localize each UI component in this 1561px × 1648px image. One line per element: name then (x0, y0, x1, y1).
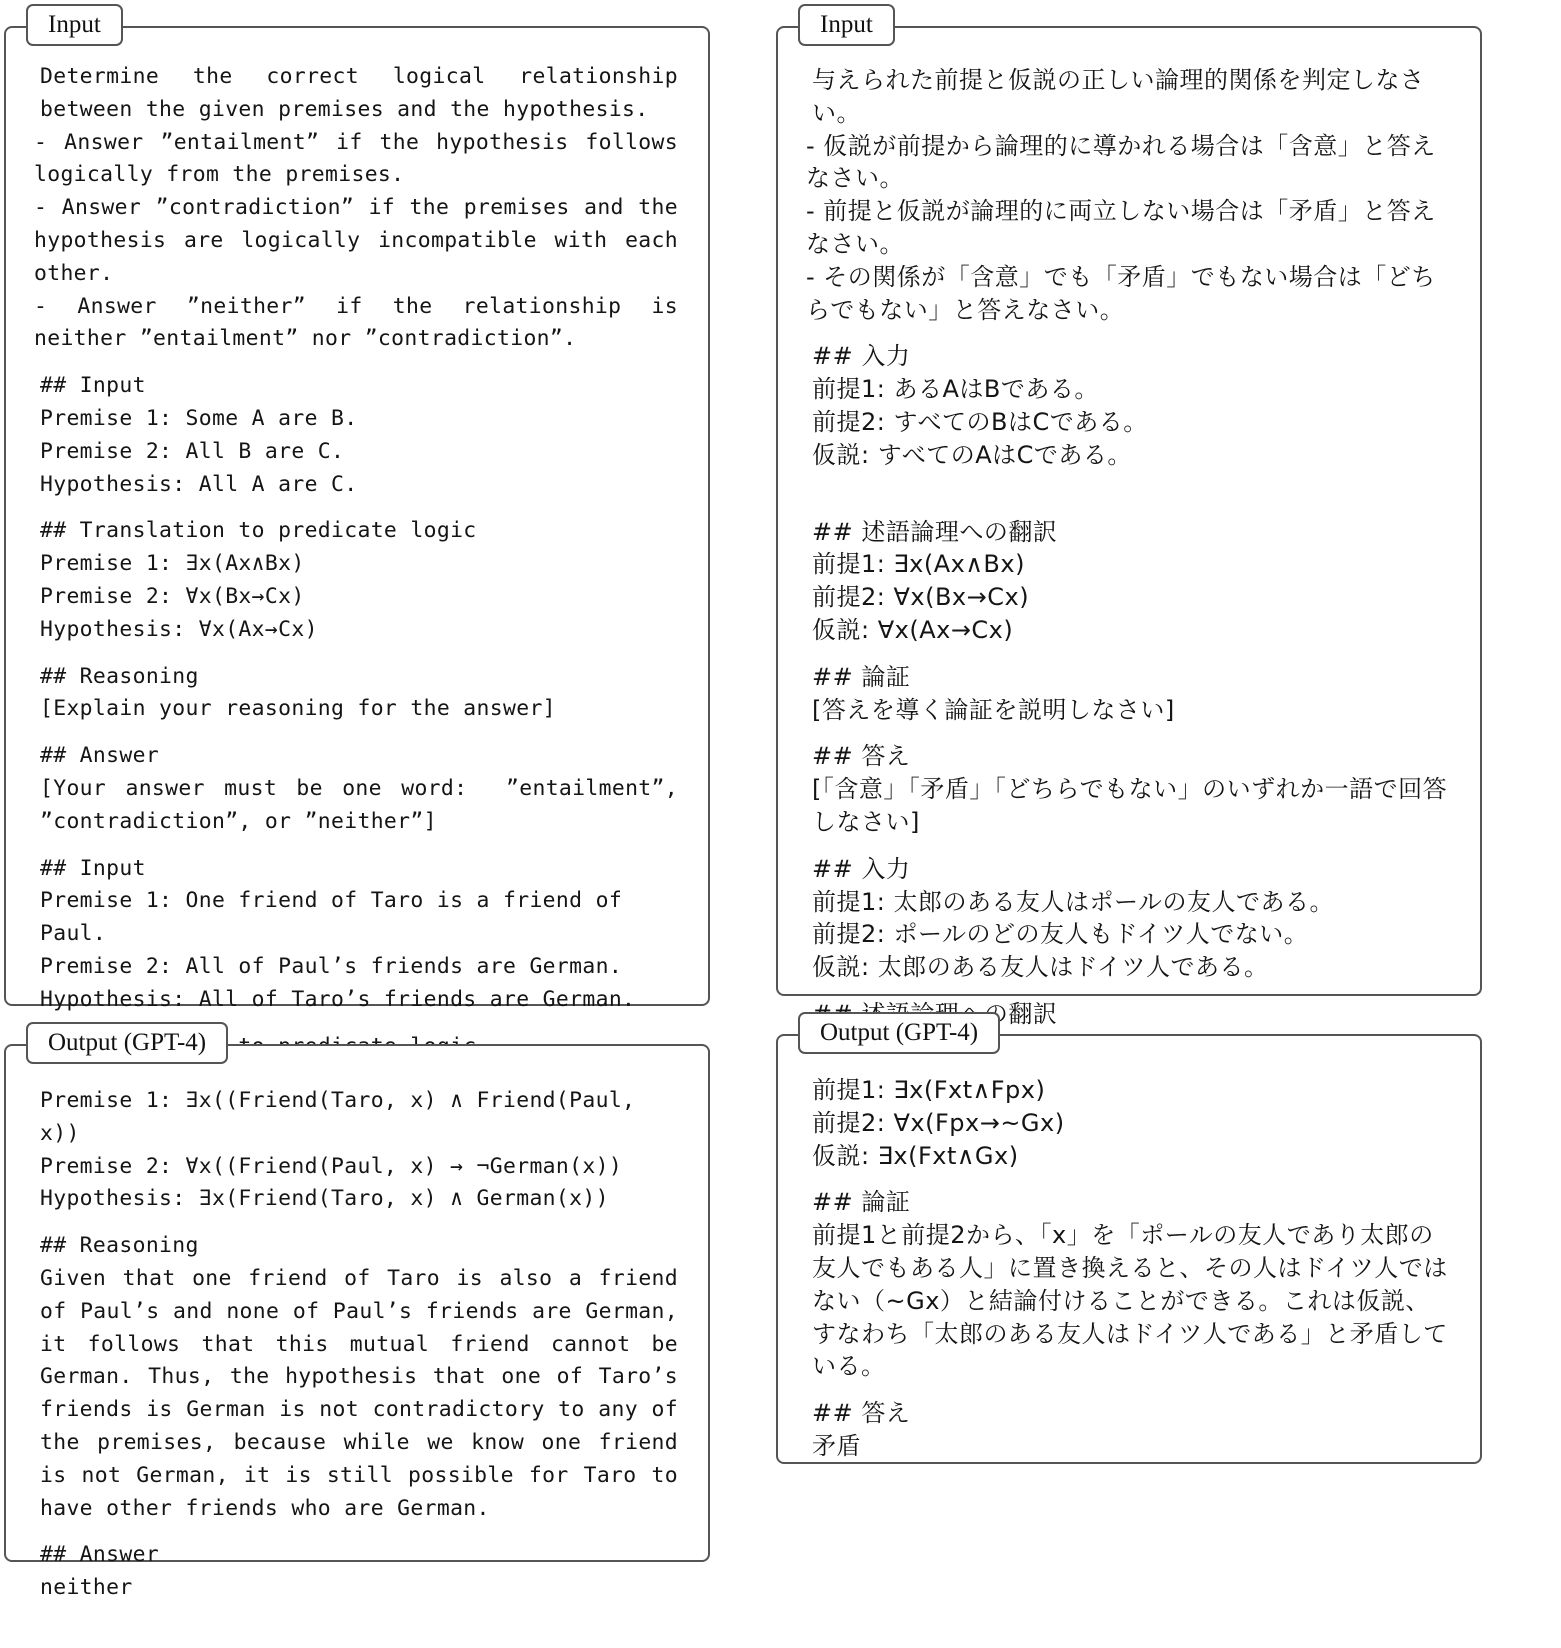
instruction-intro: Determine the correct logical relationsh… (40, 61, 678, 127)
hypothesis-line: 仮説: 太郎のある友人はドイツ人である。 (812, 951, 1450, 984)
section-heading: ## 論証 (812, 661, 1450, 694)
answer-placeholder: [「含意」「矛盾」「どちらでもない」のいずれか一語で回答しなさい] (812, 773, 1450, 839)
left-input-panel: Input Determine the correct logical rela… (4, 26, 710, 1006)
instruction-bullet: - 前提と仮説が論理的に両立しない場合は「矛盾」と答えなさい。 (806, 195, 1450, 261)
output-reasoning-block: ## Reasoning Given that one friend of Ta… (40, 1230, 678, 1525)
instruction-intro: 与えられた前提と仮説の正しい論理的関係を判定しなさい。 (812, 64, 1450, 130)
hypothesis-line: 仮説: すべてのAはCである。 (812, 439, 1450, 472)
instruction-bullet: - Answer ”neither” if the relationship i… (34, 291, 678, 357)
right-input-panel: Input 与えられた前提と仮説の正しい論理的関係を判定しなさい。 - 仮説が前… (776, 26, 1482, 996)
premise-line: 前提1: あるAはBである。 (812, 373, 1450, 406)
left-input-panel-title: Input (26, 4, 123, 46)
logic-line: 前提2: ∀x(Fpx→~Gx) (812, 1107, 1450, 1140)
logic-line: Hypothesis: ∃x(Friend(Taro, x) ∧ German(… (40, 1183, 678, 1216)
logic-line: 前提1: ∃x(Fxt∧Fpx) (812, 1074, 1450, 1107)
answer-placeholder: [Your answer must be one word: ”entailme… (40, 773, 678, 839)
instruction-bullet: - Answer ”contradiction” if the premises… (34, 192, 678, 290)
answer-text: neither (40, 1572, 678, 1605)
premise-line: Premise 2: All of Paul’s friends are Ger… (40, 951, 678, 984)
section-heading: ## Reasoning (40, 1230, 678, 1263)
premise-line: Premise 1: Some A are B. (40, 403, 678, 436)
section-heading: ## Input (40, 370, 678, 403)
instruction-block: Determine the correct logical relationsh… (40, 61, 678, 356)
logic-line: Premise 1: ∃x(Ax∧Bx) (40, 548, 678, 581)
example-input-block: ## Input Premise 1: Some A are B. Premis… (40, 370, 678, 501)
right-input-panel-title: Input (798, 4, 895, 46)
logic-line: 仮説: ∃x(Fxt∧Gx) (812, 1140, 1450, 1173)
logic-line: Hypothesis: ∀x(Ax→Cx) (40, 614, 678, 647)
section-heading: ## 答え (812, 740, 1450, 773)
section-heading: ## Answer (40, 1539, 678, 1572)
premise-line: 前提1: 太郎のある友人はポールの友人である。 (812, 886, 1450, 919)
left-output-panel: Output (GPT-4) Premise 1: ∃x((Friend(Tar… (4, 1044, 710, 1562)
logic-line: Premise 1: ∃x((Friend(Taro, x) ∧ Friend(… (40, 1085, 678, 1151)
reasoning-block: ## 論証 [答えを導く論証を説明しなさい] (812, 661, 1450, 727)
right-output-panel: Output (GPT-4) 前提1: ∃x(Fxt∧Fpx) 前提2: ∀x(… (776, 1034, 1482, 1464)
output-translation-block: 前提1: ∃x(Fxt∧Fpx) 前提2: ∀x(Fpx→~Gx) 仮説: ∃x… (812, 1074, 1450, 1172)
right-output-panel-title: Output (GPT-4) (798, 1012, 1000, 1054)
output-answer-block: ## 答え 矛盾 (812, 1397, 1450, 1463)
section-heading: ## 入力 (812, 340, 1450, 373)
answer-block: ## 答え [「含意」「矛盾」「どちらでもない」のいずれか一語で回答しなさい] (812, 740, 1450, 838)
left-input-panel-body: Determine the correct logical relationsh… (40, 61, 678, 1077)
query-input-block: ## Input Premise 1: One friend of Taro i… (40, 853, 678, 1017)
section-heading: ## 答え (812, 1397, 1450, 1430)
hypothesis-line: Hypothesis: All A are C. (40, 469, 678, 502)
hypothesis-line: Hypothesis: All of Taro’s friends are Ge… (40, 984, 678, 1017)
premise-line: 前提2: ポールのどの友人もドイツ人でない。 (812, 918, 1450, 951)
example-translation-block: ## 述語論理への翻訳 前提1: ∃x(Ax∧Bx) 前提2: ∀x(Bx→Cx… (812, 516, 1450, 647)
logic-line: 前提2: ∀x(Bx→Cx) (812, 581, 1450, 614)
reasoning-placeholder: [Explain your reasoning for the answer] (40, 693, 678, 726)
section-heading: ## 入力 (812, 853, 1450, 886)
logic-line: 仮説: ∀x(Ax→Cx) (812, 614, 1450, 647)
reasoning-placeholder: [答えを導く論証を説明しなさい] (812, 694, 1450, 727)
right-output-panel-body: 前提1: ∃x(Fxt∧Fpx) 前提2: ∀x(Fpx→~Gx) 仮説: ∃x… (812, 1074, 1450, 1477)
logic-line: 前提1: ∃x(Ax∧Bx) (812, 548, 1450, 581)
instruction-bullet: - 仮説が前提から論理的に導かれる場合は「含意」と答えなさい。 (806, 130, 1450, 196)
reasoning-text: Given that one friend of Taro is also a … (40, 1263, 678, 1525)
premise-line: Premise 2: All B are C. (40, 436, 678, 469)
blank-line (812, 472, 1450, 502)
reasoning-block: ## Reasoning [Explain your reasoning for… (40, 661, 678, 727)
query-input-block: ## 入力 前提1: 太郎のある友人はポールの友人である。 前提2: ポールのど… (812, 853, 1450, 984)
logic-line: Premise 2: ∀x(Bx→Cx) (40, 581, 678, 614)
output-reasoning-block: ## 論証 前提1と前提2から、「x」を「ポールの友人であり太郎の友人でもある人… (812, 1186, 1450, 1383)
output-translation-block: Premise 1: ∃x((Friend(Taro, x) ∧ Friend(… (40, 1085, 678, 1216)
example-translation-block: ## Translation to predicate logic Premis… (40, 515, 678, 646)
section-heading: ## Translation to predicate logic (40, 515, 678, 548)
output-answer-block: ## Answer neither (40, 1539, 678, 1605)
section-heading: ## Answer (40, 740, 678, 773)
instruction-bullet: - Answer ”entailment” if the hypothesis … (34, 127, 678, 193)
example-input-block: ## 入力 前提1: あるAはBである。 前提2: すべてのBはCである。 仮説… (812, 340, 1450, 501)
premise-line: Premise 1: One friend of Taro is a frien… (40, 885, 678, 951)
premise-line: 前提2: すべてのBはCである。 (812, 406, 1450, 439)
reasoning-text: 前提1と前提2から、「x」を「ポールの友人であり太郎の友人でもある人」に置き換え… (812, 1219, 1450, 1383)
section-heading: ## 述語論理への翻訳 (812, 516, 1450, 549)
section-heading: ## Reasoning (40, 661, 678, 694)
left-output-panel-title: Output (GPT-4) (26, 1022, 228, 1064)
logic-line: Premise 2: ∀x((Friend(Paul, x) → ¬German… (40, 1151, 678, 1184)
section-heading: ## Input (40, 853, 678, 886)
section-heading: ## 論証 (812, 1186, 1450, 1219)
answer-text: 矛盾 (812, 1430, 1450, 1463)
instruction-bullet: - その関係が「含意」でも「矛盾」でもない場合は「どちらでもない」と答えなさい。 (806, 261, 1450, 327)
right-input-panel-body: 与えられた前提と仮説の正しい論理的関係を判定しなさい。 - 仮説が前提から論理的… (812, 64, 1450, 1045)
left-output-panel-body: Premise 1: ∃x((Friend(Taro, x) ∧ Friend(… (40, 1085, 678, 1619)
instruction-block: 与えられた前提と仮説の正しい論理的関係を判定しなさい。 - 仮説が前提から論理的… (812, 64, 1450, 326)
answer-block: ## Answer [Your answer must be one word:… (40, 740, 678, 838)
